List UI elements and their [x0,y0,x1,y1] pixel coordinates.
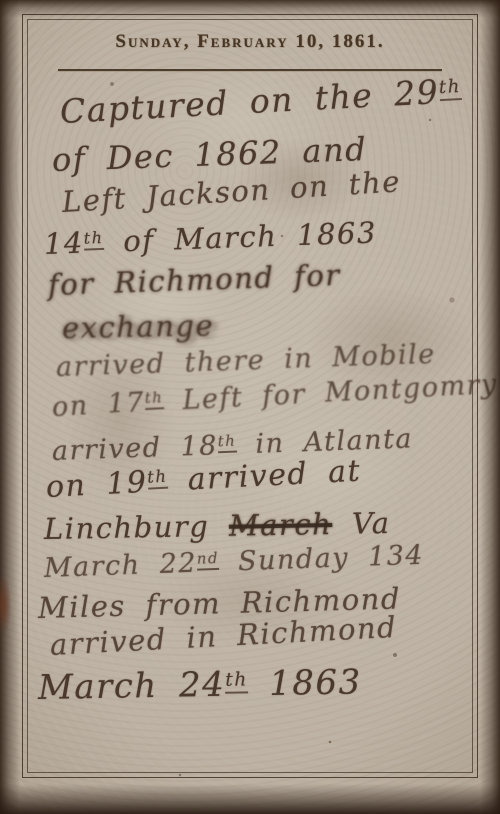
diary-entry: Captured on the 29thof Dec 1862 andLeft … [0,0,500,814]
diary-text-segment: Sunday 134 [219,540,425,578]
diary-text-segment: th [217,431,236,453]
diary-text-segment: th [83,228,103,251]
diary-line: 14th of March 1863 [43,215,377,261]
diary-text-segment: Captured on the 29 [59,72,440,131]
diary-text-segment: th [438,76,461,101]
diary-line: exchange [62,308,215,345]
diary-text-segment: of March 1863 [103,215,377,259]
diary-text-segment: exchange [62,308,215,345]
diary-text-segment: nd [197,549,220,571]
diary-text-segment: th [144,388,164,410]
diary-line: Captured on the 29th [59,71,462,131]
diary-text-segment: March 24 [38,665,226,708]
struck-word: March [229,507,333,543]
diary-text-segment: th [225,669,248,693]
diary-text-segment: 1863 [248,662,363,704]
diary-text-segment: 14 [43,226,84,261]
diary-text-segment: Va [332,506,391,541]
diary-text-segment: th [147,467,168,490]
diary-text-segment: for Richmond for [47,258,341,302]
diary-line: for Richmond for [47,258,341,302]
diary-text-segment: on 17 [51,387,146,423]
diary-text-segment: Linchburg [44,509,230,546]
diary-text-segment: on 19 [45,465,148,505]
diary-line: Linchburg March Va [44,506,391,546]
diary-text-segment: March 22 [43,548,197,584]
diary-line: March 22nd Sunday 134 [43,540,424,584]
diary-line: March 24th 1863 [38,662,362,708]
diary-photo: Sunday, February 10, 1861. Captured on t… [0,0,500,814]
